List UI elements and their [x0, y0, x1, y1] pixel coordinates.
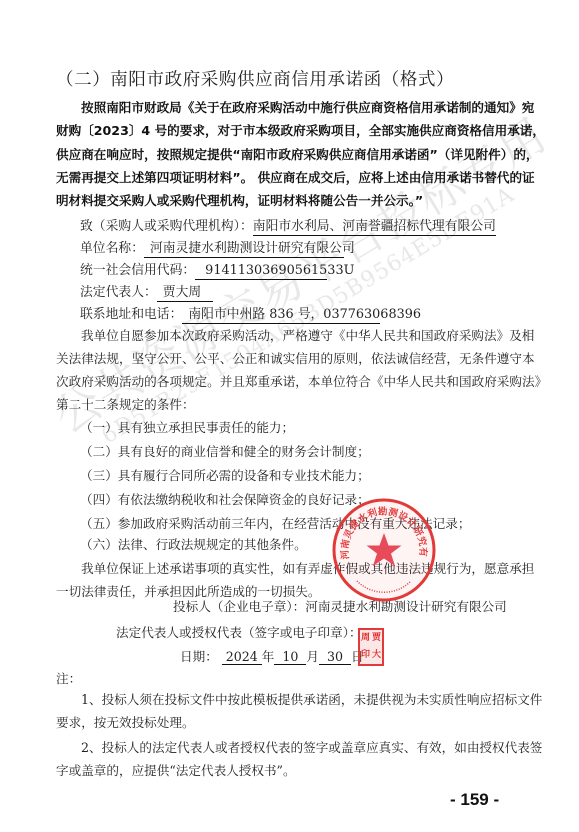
condition-item: （四）有依法缴纳税收和社会保障资金的良好记录； — [80, 489, 370, 508]
credit-code-value: 91411303690561533U — [195, 263, 327, 280]
guarantee-line: 我单位保证上述承诺事项的真实性，如有弄虚作假或其他违法违规行为，愿意承担 — [56, 557, 532, 580]
commitment-line: 关法律法规，坚守公开、公平、公正和诚实信用的原则，依法诚信经营，无条件遵守本 — [56, 347, 532, 370]
intro-line: 按照南阳市财政局《关于在政府采购活动中施行供应商资格信用承诺制的通知》宛 — [56, 96, 532, 119]
seal-char: 印 — [360, 651, 371, 660]
field-legal-rep: 法定代表人：贾大周 — [80, 281, 213, 302]
intro-line: 明材料提交采购人或采购代理机构，证明材料将随公告一并公示。” — [56, 189, 532, 212]
date-month: 10 — [274, 649, 306, 665]
legal-rep-value: 贾大周 — [157, 285, 213, 302]
note-line: 1、投标人须在投标文件中按此模板提供承诺函，未提供视为未实质性响应招标文件 — [56, 688, 532, 711]
note-line: 要求，按无效投标处理。 — [56, 711, 532, 734]
date-day: 30 — [319, 649, 351, 665]
company-name-label: 单位名称： — [80, 241, 144, 256]
intro-paragraph: 按照南阳市财政局《关于在政府采购活动中施行供应商资格信用承诺制的通知》宛 财购〔… — [56, 96, 532, 212]
condition-item: （二）具有良好的商业信誉和健全的财务会计制度； — [80, 441, 370, 460]
field-address-phone: 联系地址和电话：南阳市中州路 836 号，037763068396 — [80, 303, 380, 324]
condition-item: （六）法律、行政法规规定的其他条件。 — [80, 534, 307, 553]
commitment-paragraph: 我单位自愿参加本次政府采购活动，严格遵守《中华人民共和国政府采购法》及相 关法律… — [56, 324, 532, 416]
date-label: 日期： — [180, 649, 218, 664]
seal-char: 周 — [360, 634, 371, 643]
bidder-label: 投标人（企业电子章）： — [173, 599, 305, 614]
condition-item: （一）具有独立承担民事责任的能力； — [80, 417, 294, 436]
commitment-line: 次政府采购活动的各项规定。并且郑重承诺，本单位符合《中华人民共和国政府采购法》 — [56, 370, 532, 393]
legal-rep-label: 法定代表人： — [80, 285, 157, 300]
credit-code-label: 统一社会信用代码： — [80, 263, 195, 278]
rep-signature-line: 法定代表人或授权代表（签字或电子印章）： — [116, 622, 362, 641]
seal-char: 贾 — [371, 634, 382, 643]
intro-line: 无需再提交上述第四项证明材料”。 供应商在成交后，应将上述由信用承诺书替代的证 — [56, 166, 532, 189]
intro-line: 财购〔2023〕4 号的要求，对于市本级政府采购项目，全部实施供应商资格信用承诺… — [56, 119, 532, 142]
seal-char: 大 — [371, 651, 382, 660]
page-title: （二）南阳市政府采购供应商信用承诺函（格式） — [56, 66, 454, 91]
month-unit: 月 — [306, 649, 319, 664]
bidder-value: 河南灵捷水利勘测设计研究有限公司 — [305, 599, 507, 614]
date-line: 日期： 2024年10月30日 — [180, 646, 364, 665]
personal-seal-icon: 贾 大 周 印 — [358, 628, 384, 666]
note-1: 1、投标人须在投标文件中按此模板提供承诺函，未提供视为未实质性响应招标文件 要求… — [56, 688, 532, 734]
recipient-label: 致（采购人或采购代理机构）： — [80, 219, 253, 234]
recipient-value: 南阳市水利局、河南誉疆招标代理有限公司 — [253, 219, 496, 236]
condition-item: （五）参加政府采购活动前三年内，在经营活动中没有重大违法记录； — [80, 513, 470, 532]
commitment-line: 我单位自愿参加本次政府采购活动，严格遵守《中华人民共和国政府采购法》及相 — [56, 324, 532, 347]
company-name-value: 河南灵捷水利勘测设计研究有限公司 — [144, 241, 344, 258]
note-line: 2、投标人的法定代表人或者授权代表的签字或盖章应真实、有效，如由授权代表签 — [56, 736, 532, 759]
field-company-name: 单位名称：河南灵捷水利勘测设计研究有限公司 — [80, 237, 344, 258]
field-recipient: 致（采购人或采购代理机构）：南阳市水利局、河南誉疆招标代理有限公司 — [80, 215, 496, 236]
note-2: 2、投标人的法定代表人或者授权代表的签字或盖章应真实、有效，如由授权代表签 字或… — [56, 736, 532, 782]
document-page: 公共资源交易平台投标专用 6D51B29F1504A65BD5B9564E5DE… — [0, 0, 579, 832]
address-value: 南阳市中州路 836 号，037763068396 — [182, 307, 380, 324]
notes-label: 注： — [56, 668, 81, 687]
page-number: - 159 - — [450, 790, 499, 810]
condition-item: （三）具有履行合同所必需的设备和专业技术能力； — [80, 465, 370, 484]
field-credit-code: 统一社会信用代码：91411303690561533U — [80, 259, 327, 280]
address-label: 联系地址和电话： — [80, 307, 182, 322]
commitment-line: 第二十二条规定的条件： — [56, 393, 532, 416]
note-line: 字或盖章的，应提供“法定代表人授权书”。 — [56, 759, 532, 782]
intro-line: 供应商在响应时，按照规定提供“南阳市政府采购供应商信用承诺函”（详见附件）的， — [56, 143, 532, 166]
date-year: 2024 — [222, 649, 262, 665]
year-unit: 年 — [262, 649, 275, 664]
bidder-signature-line: 投标人（企业电子章）：河南灵捷水利勘测设计研究有限公司 — [173, 596, 507, 615]
